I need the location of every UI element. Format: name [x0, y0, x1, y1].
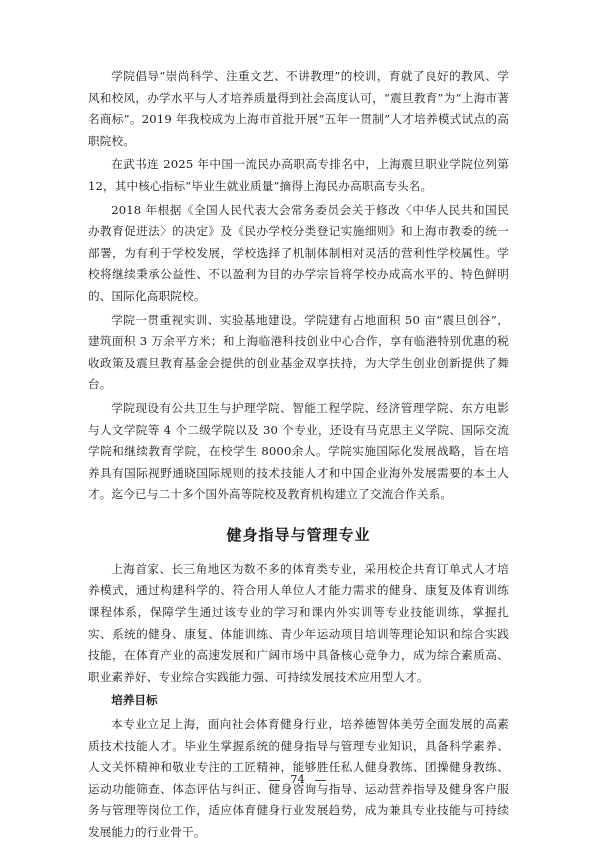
dash-left — [269, 780, 280, 781]
page-body: 学院倡导“崇尚科学、注重文艺、不讲教理”的校训，育就了良好的教风、学风和校风，办… — [88, 66, 509, 842]
section-title: 健身指导与管理专业 — [88, 524, 509, 545]
subheading-training-goal: 培养目标 — [88, 690, 509, 712]
paragraph-training-base: 学院一贯重视实训、实验基地建设。学院建有占地面积 50 亩“震旦创谷”，建筑面积… — [88, 310, 509, 396]
paragraph-school-type: 2018 年根据《全国人民代表大会常务委员会关于修改〈中华人民共和国民办教育促进… — [88, 200, 509, 308]
page-number: 74 — [290, 772, 305, 786]
paragraph-major-intro: 上海首家、长三角地区为数不多的体育类专业，采用校企共育订单式人才培养模式，通过构… — [88, 559, 509, 689]
paragraph-colleges: 学院现设有公共卫生与护理学院、智能工程学院、经济管理学院、东方电影与人文学院等 … — [88, 398, 509, 506]
paragraph-ranking: 在武书连 2025 年中国一流民办高职高专排名中，上海震旦职业学院位列第 12，… — [88, 154, 509, 197]
page-footer: 74 — [0, 772, 595, 786]
paragraph-school-motto: 学院倡导“崇尚科学、注重文艺、不讲教理”的校训，育就了良好的教风、学风和校风，办… — [88, 66, 509, 152]
dash-right — [315, 780, 326, 781]
